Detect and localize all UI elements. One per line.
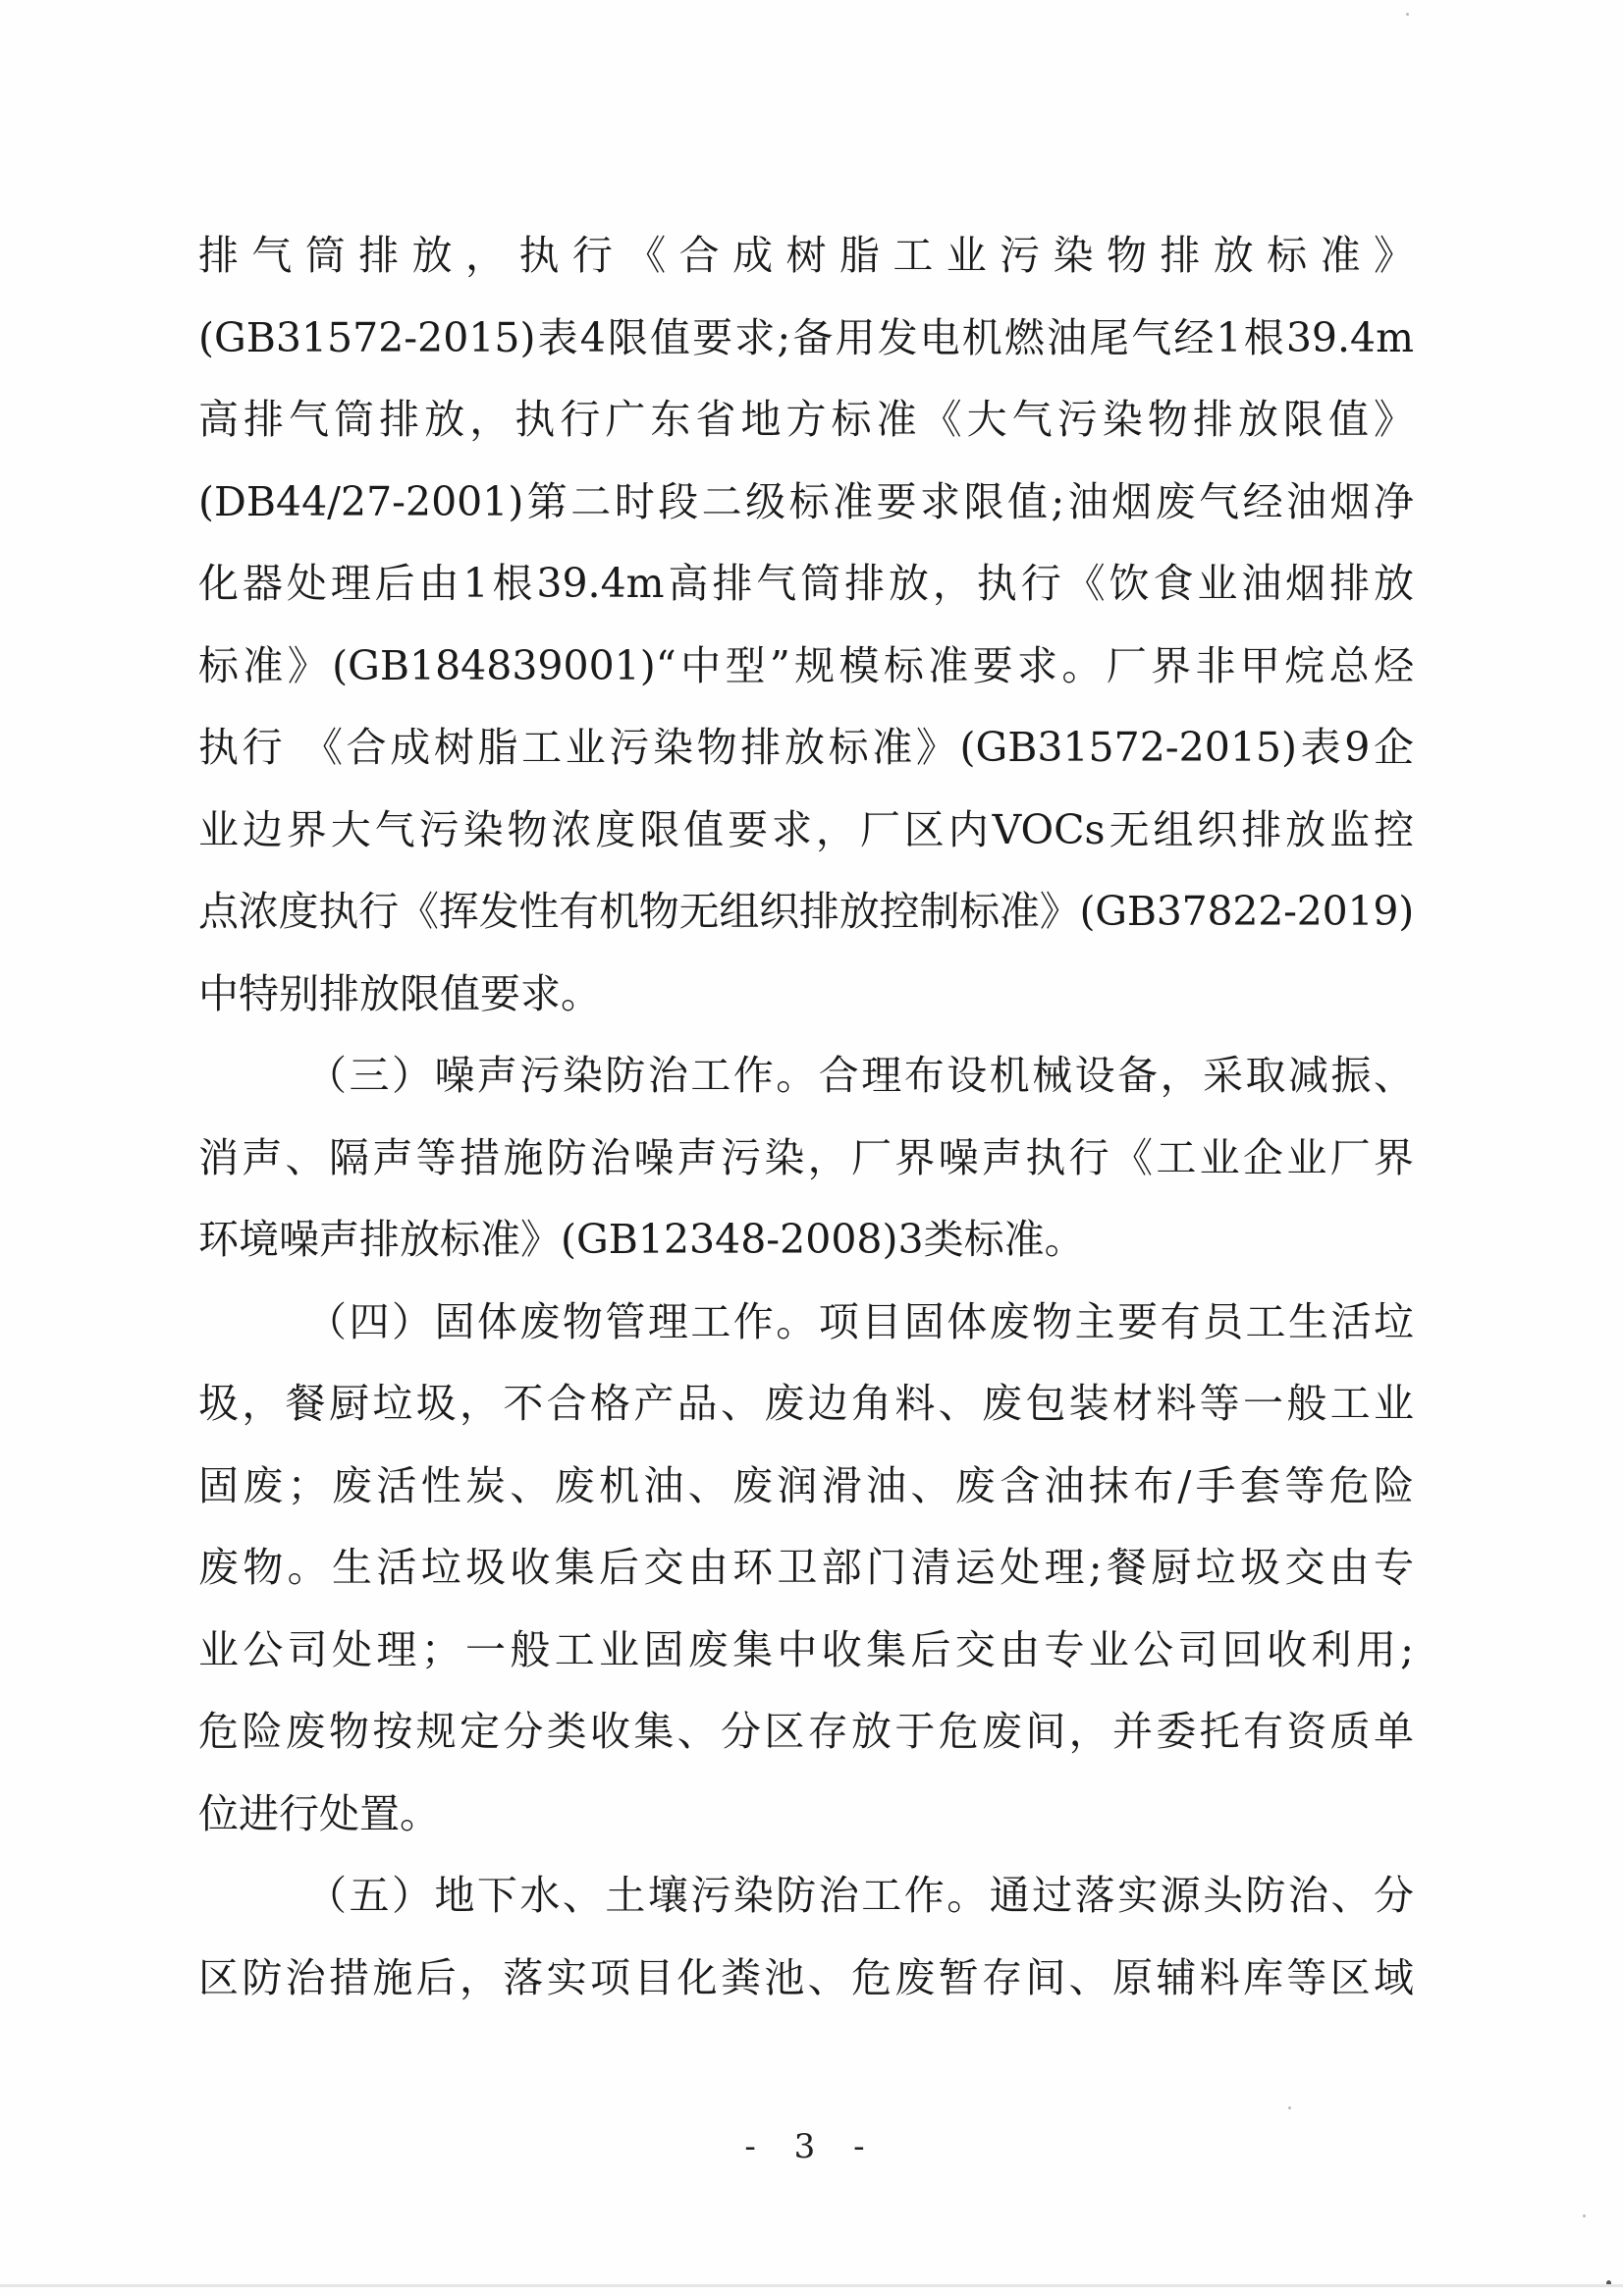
scan-bottom-edge <box>0 2284 1623 2287</box>
text-line: 标准》(GB184839001)“中型”规模标准要求。厂界非甲烷总烃 <box>198 626 1414 708</box>
text-line: 区防治措施后，落实项目化粪池、危废暂存间、原辅料库等区域 <box>198 1938 1414 2020</box>
section-heading-line: （四）固体废物管理工作。项目固体废物主要有员工生活垃 <box>198 1282 1414 1364</box>
text-line: 业公司处理；一般工业固废集中收集后交由专业公司回收利用; <box>198 1610 1414 1692</box>
text-line: (DB44/27-2001)第二时段二级标准要求限值;油烟废气经油烟净 <box>198 462 1414 544</box>
text-line: 点浓度执行《挥发性有机物无组织排放控制标准》(GB37822-2019) <box>198 871 1414 954</box>
text-line: 高排气筒排放，执行广东省地方标准《大气污染物排放限值》 <box>198 379 1414 462</box>
text-line: 消声、隔声等措施防治噪声污染，厂界噪声执行《工业企业厂界 <box>198 1118 1414 1200</box>
document-body: 排气筒排放，执行《合成树脂工业污染物排放标准》 (GB31572-2015)表4… <box>198 215 1414 2019</box>
text-line: 化器处理后由1根39.4m高排气筒排放，执行《饮食业油烟排放 <box>198 543 1414 626</box>
page-number: - 3 - <box>0 2127 1623 2166</box>
paragraph-noise-control: （三）噪声污染防治工作。合理布设机械设备，采取减振、 消声、隔声等措施防治噪声污… <box>198 1035 1414 1282</box>
scan-speck <box>1406 13 1409 16</box>
section-heading-line: （五）地下水、土壤污染防治工作。通过落实源头防治、分 <box>198 1855 1414 1938</box>
scan-speck <box>1288 2106 1291 2109</box>
scan-speck <box>1583 2214 1586 2217</box>
text-line: (GB31572-2015)表4限值要求;备用发电机燃油尾气经1根39.4m <box>198 298 1414 380</box>
paragraph-solid-waste: （四）固体废物管理工作。项目固体废物主要有员工生活垃 圾，餐厨垃圾，不合格产品、… <box>198 1282 1414 1856</box>
section-heading-line: （三）噪声污染防治工作。合理布设机械设备，采取减振、 <box>198 1035 1414 1118</box>
paragraph-air-emissions: 排气筒排放，执行《合成树脂工业污染物排放标准》 (GB31572-2015)表4… <box>198 215 1414 1035</box>
paragraph-groundwater-soil: （五）地下水、土壤污染防治工作。通过落实源头防治、分 区防治措施后，落实项目化粪… <box>198 1855 1414 2019</box>
text-line: 固废；废活性炭、废机油、废润滑油、废含油抹布/手套等危险 <box>198 1446 1414 1528</box>
text-line: 危险废物按规定分类收集、分区存放于危废间，并委托有资质单 <box>198 1691 1414 1774</box>
text-line: 圾，餐厨垃圾，不合格产品、废边角料、废包装材料等一般工业 <box>198 1363 1414 1446</box>
text-line: 位进行处置。 <box>198 1774 1414 1856</box>
scanned-page: 排气筒排放，执行《合成树脂工业污染物排放标准》 (GB31572-2015)表4… <box>0 0 1623 2296</box>
text-line: 环境噪声排放标准》(GB12348-2008)3类标准。 <box>198 1199 1414 1282</box>
text-line: 废物。生活垃圾收集后交由环卫部门清运处理;餐厨垃圾交由专 <box>198 1527 1414 1610</box>
text-line: 业边界大气污染物浓度限值要求，厂区内VOCs无组织排放监控 <box>198 790 1414 872</box>
text-line: 排气筒排放，执行《合成树脂工业污染物排放标准》 <box>198 215 1414 298</box>
text-line: 中特别排放限值要求。 <box>198 954 1414 1036</box>
text-line: 执行 《合成树脂工业污染物排放标准》(GB31572-2015)表9企 <box>198 707 1414 790</box>
